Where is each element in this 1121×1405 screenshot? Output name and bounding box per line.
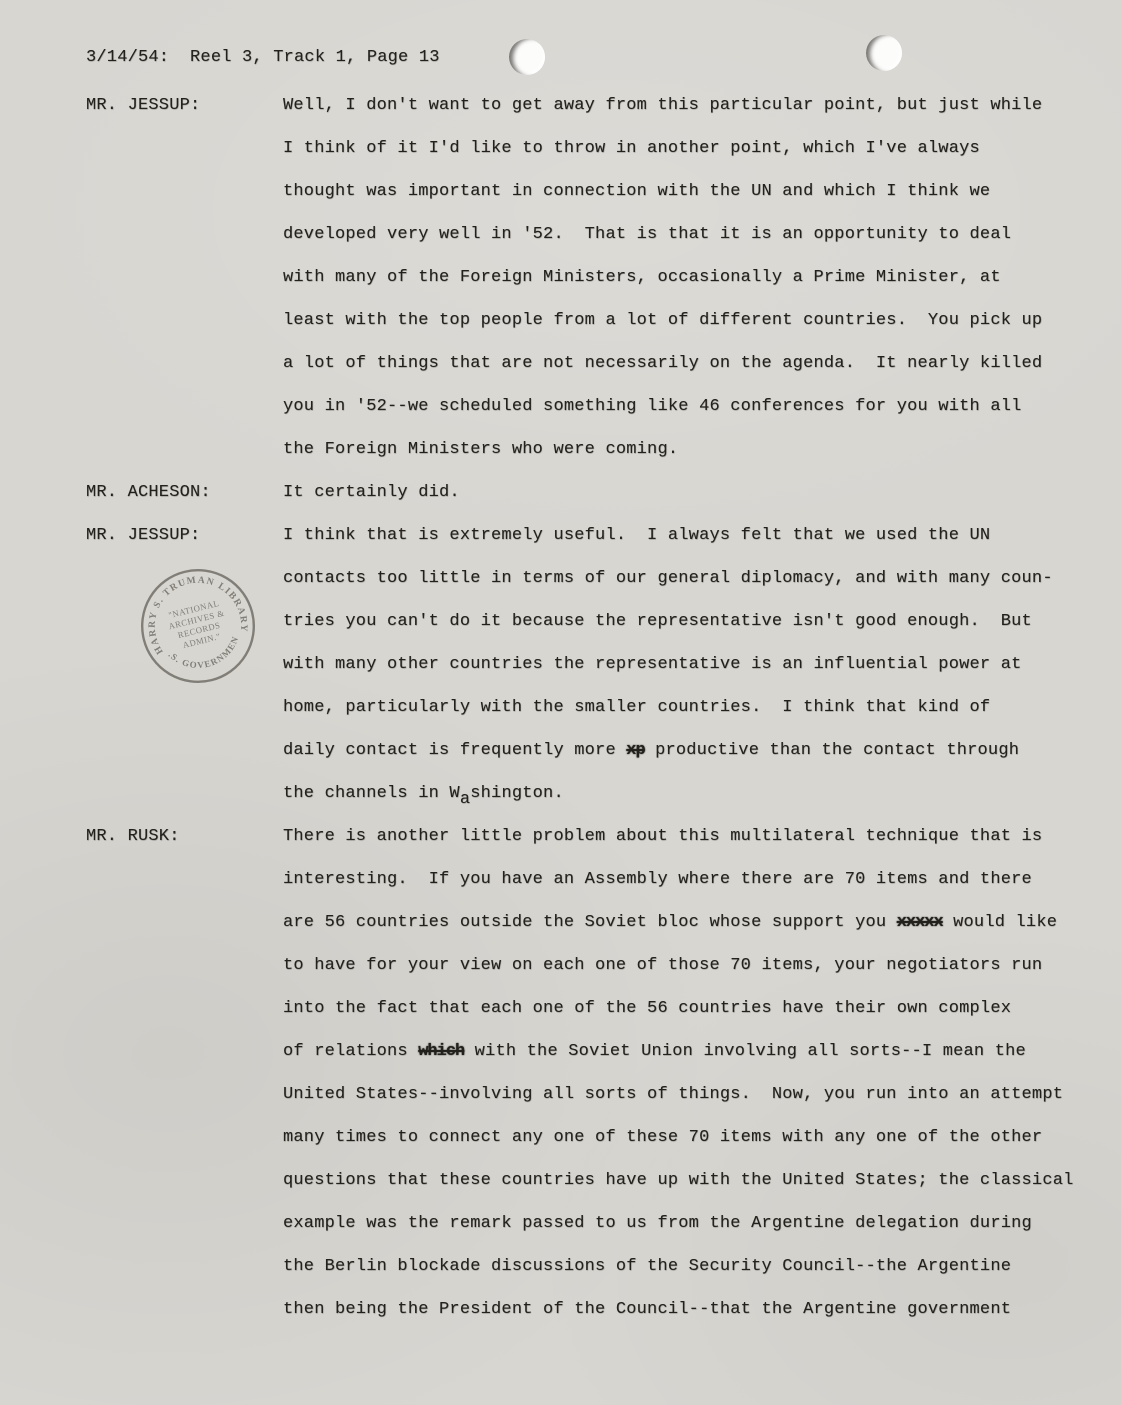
transcript-line: home, particularly with the smaller coun…	[283, 686, 1096, 729]
transcript-line: There is another little problem about th…	[283, 815, 1096, 858]
transcript-line: daily contact is frequently more xp prod…	[283, 729, 1096, 772]
transcript-line: least with the top people from a lot of …	[283, 299, 1096, 342]
transcript-entry: MR. JESSUP:Well, I don't want to get awa…	[86, 84, 1096, 471]
transcript-line: with many of the Foreign Ministers, occa…	[283, 256, 1096, 299]
transcript-line: the channels in Washington.	[283, 772, 1096, 815]
transcript-line: tries you can't do it because the repres…	[283, 600, 1096, 643]
transcript-line: contacts too little in terms of our gene…	[283, 557, 1096, 600]
speaker-label: MR. RUSK:	[86, 815, 283, 858]
transcript: MR. JESSUP:Well, I don't want to get awa…	[86, 84, 1096, 1331]
transcript-line: It certainly did.	[283, 471, 1096, 514]
transcript-line: questions that these countries have up w…	[283, 1159, 1096, 1202]
transcript-line: example was the remark passed to us from…	[283, 1202, 1096, 1245]
transcript-line: I think of it I'd like to throw in anoth…	[283, 127, 1096, 170]
page-header: 3/14/54: Reel 3, Track 1, Page 13	[86, 45, 440, 71]
speaker-label: MR. ACHESON:	[86, 471, 283, 514]
transcript-line: many times to connect any one of these 7…	[283, 1116, 1096, 1159]
transcript-line: I think that is extremely useful. I alwa…	[283, 514, 1096, 557]
speech-lines: Well, I don't want to get away from this…	[283, 84, 1096, 471]
transcript-line: thought was important in connection with…	[283, 170, 1096, 213]
transcript-line: are 56 countries outside the Soviet bloc…	[283, 901, 1096, 944]
transcript-line: Well, I don't want to get away from this…	[283, 84, 1096, 127]
punch-hole-right	[866, 35, 902, 71]
transcript-line: to have for your view on each one of tho…	[283, 944, 1096, 987]
transcript-line: the Foreign Ministers who were coming.	[283, 428, 1096, 471]
transcript-line: into the fact that each one of the 56 co…	[283, 987, 1096, 1030]
punch-hole-left	[509, 39, 545, 75]
transcript-line: United States--involving all sorts of th…	[283, 1073, 1096, 1116]
overstruck-text: xxxxx	[897, 913, 943, 932]
document-page: 3/14/54: Reel 3, Track 1, Page 13 MR. JE…	[0, 0, 1121, 1405]
transcript-line: of relations which with the Soviet Union…	[283, 1030, 1096, 1073]
transcript-line: you in '52--we scheduled something like …	[283, 385, 1096, 428]
transcript-entry: MR. ACHESON:It certainly did.	[86, 471, 1096, 514]
speaker-label: MR. JESSUP:	[86, 84, 283, 127]
speech-lines: I think that is extremely useful. I alwa…	[283, 514, 1096, 815]
transcript-line: interesting. If you have an Assembly whe…	[283, 858, 1096, 901]
speech-lines: There is another little problem about th…	[283, 815, 1096, 1331]
speaker-label: MR. JESSUP:	[86, 514, 283, 557]
transcript-line: then being the President of the Council-…	[283, 1288, 1096, 1331]
speech-lines: It certainly did.	[283, 471, 1096, 514]
dropped-char: a	[460, 778, 470, 821]
overstruck-text: which	[418, 1042, 464, 1061]
transcript-line: the Berlin blockade discussions of the S…	[283, 1245, 1096, 1288]
transcript-line: developed very well in '52. That is that…	[283, 213, 1096, 256]
transcript-line: with many other countries the representa…	[283, 643, 1096, 686]
transcript-line: a lot of things that are not necessarily…	[283, 342, 1096, 385]
overstruck-text: xp	[626, 741, 644, 760]
transcript-entry: MR. RUSK:There is another little problem…	[86, 815, 1096, 1331]
